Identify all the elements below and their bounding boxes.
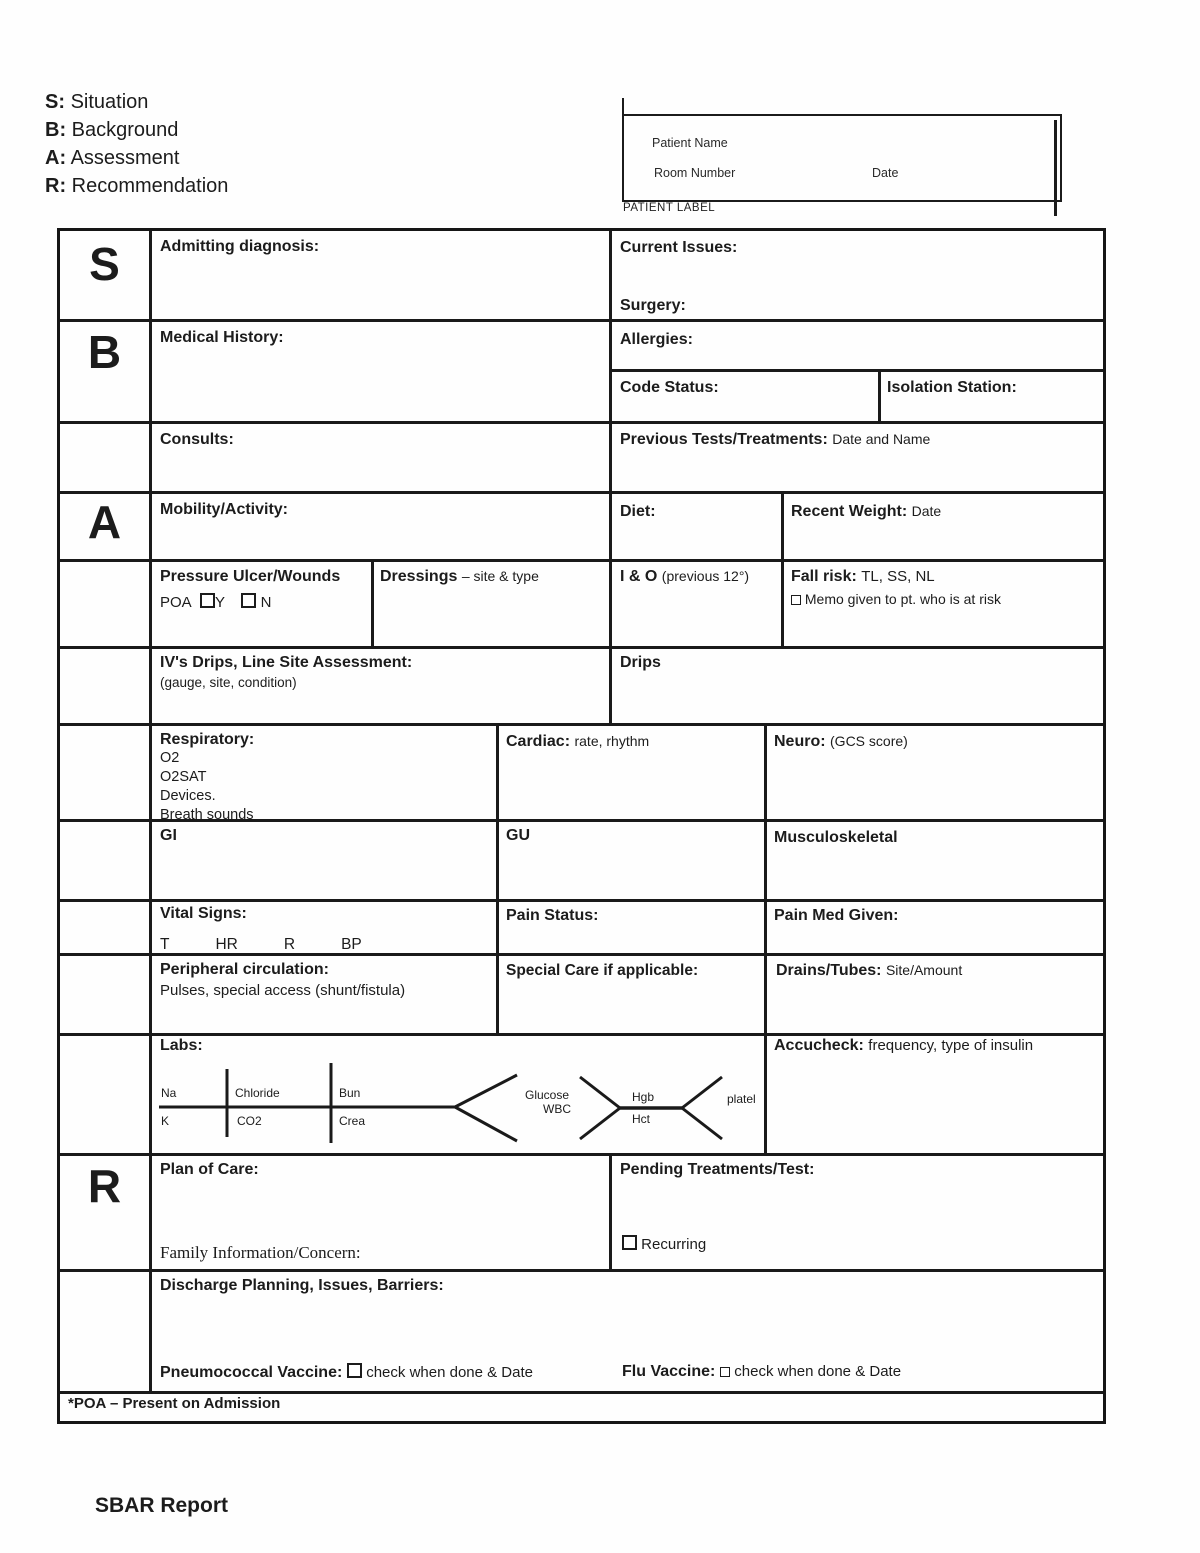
field-discharge-planning: Discharge Planning, Issues, Barriers: (160, 1277, 444, 1295)
lab-na-label: Na (161, 1086, 177, 1100)
poa-footnote: *POA – Present on Admission (68, 1395, 280, 1412)
pneumococcal-checkbox[interactable] (347, 1363, 362, 1378)
field-drips: Drips (620, 654, 661, 672)
grid-line (60, 723, 1103, 726)
recurring-checkline: Recurring (622, 1235, 706, 1253)
lab-glucose-label: Glucose (525, 1088, 569, 1102)
legend-item-recommendation: R: Recommendation (45, 172, 228, 200)
field-special-care: Special Care if applicable: (506, 962, 698, 980)
lab-hgb-label: Hgb (632, 1090, 654, 1104)
field-medical-history: Medical History: (160, 329, 284, 347)
sbar-form-page: S: Situation B: Background A: Assessment… (0, 0, 1200, 1553)
field-surgery: Surgery: (620, 297, 686, 315)
field-recent-weight: Recent Weight: Date (791, 503, 941, 521)
grid-line (60, 1033, 1103, 1036)
sbar-table: S B A R Admitting diagnosis: Current Iss… (57, 228, 1106, 1424)
field-pain-status: Pain Status: (506, 907, 598, 925)
grid-line (609, 369, 1103, 372)
patient-label-box: Patient Name Room Number Date (622, 114, 1062, 202)
field-family-information: Family Information/Concern: (160, 1243, 361, 1263)
field-diet: Diet: (620, 503, 656, 521)
poa-yes-checkbox[interactable] (200, 593, 215, 608)
lab-hct-label: Hct (632, 1112, 651, 1126)
field-plan-of-care: Plan of Care: (160, 1161, 259, 1179)
field-consults: Consults: (160, 431, 234, 449)
grid-line (60, 1391, 1103, 1394)
legend-item-situation: S: Situation (45, 88, 228, 116)
field-accucheck: Accucheck: frequency, type of insulin (774, 1037, 1033, 1055)
field-fall-risk: Fall risk: TL, SS, NL (791, 568, 935, 586)
field-neuro: Neuro: (GCS score) (774, 733, 908, 751)
field-previous-tests: Previous Tests/Treatments: Date and Name (620, 431, 930, 449)
section-letter-b: B (60, 329, 149, 375)
section-letter-r: R (60, 1163, 149, 1209)
iv-drips-note: (gauge, site, condition) (160, 675, 297, 690)
grid-line (60, 491, 1103, 494)
section-letter-a: A (60, 499, 149, 545)
grid-line (781, 491, 784, 647)
field-iv-drips: IV's Drips, Line Site Assessment: (160, 654, 412, 672)
grid-line (60, 559, 1103, 562)
grid-line (609, 231, 612, 723)
room-number-field: Room Number (654, 166, 735, 180)
field-i-and-o: I & O (previous 12°) (620, 568, 749, 586)
fall-risk-memo: Memo given to pt. who is at risk (791, 591, 1001, 607)
poa-checkline: POA Y N (160, 593, 271, 611)
field-labs: Labs: (160, 1037, 203, 1055)
field-current-issues: Current Issues: (620, 239, 737, 257)
grid-line (149, 231, 152, 1391)
lab-chloride-label: Chloride (235, 1086, 280, 1100)
lab-platelets-label: platelets (727, 1092, 755, 1106)
field-gi: GI (160, 827, 177, 845)
field-pain-med-given: Pain Med Given: (774, 907, 898, 925)
field-allergies: Allergies: (620, 331, 693, 349)
field-respiratory: Respiratory: O2 O2SAT Devices. Breath so… (160, 731, 254, 825)
field-admitting-diagnosis: Admitting diagnosis: (160, 238, 319, 256)
field-musculoskeletal: Musculoskeletal (774, 829, 898, 847)
grid-line (878, 369, 881, 422)
grid-line (371, 559, 374, 647)
grid-line (60, 1153, 1103, 1156)
lab-k-label: K (161, 1114, 169, 1128)
vital-signs-fields: T HR R BP (160, 936, 362, 954)
field-isolation-station: Isolation Station: (887, 379, 1017, 397)
poa-no-checkbox[interactable] (241, 593, 256, 608)
legend-item-background: B: Background (45, 116, 228, 144)
grid-line (764, 723, 767, 1154)
recurring-checkbox[interactable] (622, 1235, 637, 1250)
date-field: Date (872, 166, 898, 180)
lab-crea-label: Crea (339, 1114, 365, 1128)
field-mobility-activity: Mobility/Activity: (160, 501, 288, 519)
grid-line (60, 1269, 1103, 1272)
lab-bun-label: Bun (339, 1086, 360, 1100)
document-title: SBAR Report (95, 1494, 228, 1518)
field-gu: GU (506, 827, 530, 845)
flu-vaccine-line: Flu Vaccine: check when done & Date (622, 1363, 901, 1381)
section-letter-s: S (60, 241, 149, 287)
grid-line (609, 1153, 612, 1269)
lab-co2-label: CO2 (237, 1114, 262, 1128)
patient-label-caption: PATIENT LABEL (623, 202, 715, 214)
lab-wbc-label: WBC (543, 1102, 571, 1116)
grid-line (496, 723, 499, 1034)
grid-line (60, 319, 1103, 322)
labs-fishbone-diagram: Na K Chloride CO2 Bun Crea Glucose WBC H… (155, 1061, 755, 1145)
field-code-status: Code Status: (620, 379, 719, 397)
field-pressure-ulcer: Pressure Ulcer/Wounds (160, 568, 340, 586)
flu-checkbox[interactable] (720, 1367, 730, 1377)
field-peripheral-circulation: Peripheral circulation: (160, 961, 329, 979)
field-drains-tubes: Drains/Tubes: Site/Amount (776, 962, 962, 980)
grid-line (60, 899, 1103, 902)
memo-checkbox[interactable] (791, 595, 801, 605)
grid-line (60, 646, 1103, 649)
sbar-legend: S: Situation B: Background A: Assessment… (45, 88, 228, 200)
field-vital-signs: Vital Signs: (160, 905, 247, 923)
peripheral-note: Pulses, special access (shunt/fistula) (160, 982, 405, 999)
legend-item-assessment: A: Assessment (45, 144, 228, 172)
field-pending-treatments: Pending Treatments/Test: (620, 1161, 814, 1179)
grid-line (60, 421, 1103, 424)
patient-name-field: Patient Name (652, 136, 728, 150)
pneumococcal-vaccine-line: Pneumococcal Vaccine: check when done & … (160, 1363, 533, 1382)
field-dressings: Dressings – site & type (380, 568, 539, 586)
field-cardiac: Cardiac: rate, rhythm (506, 733, 649, 751)
